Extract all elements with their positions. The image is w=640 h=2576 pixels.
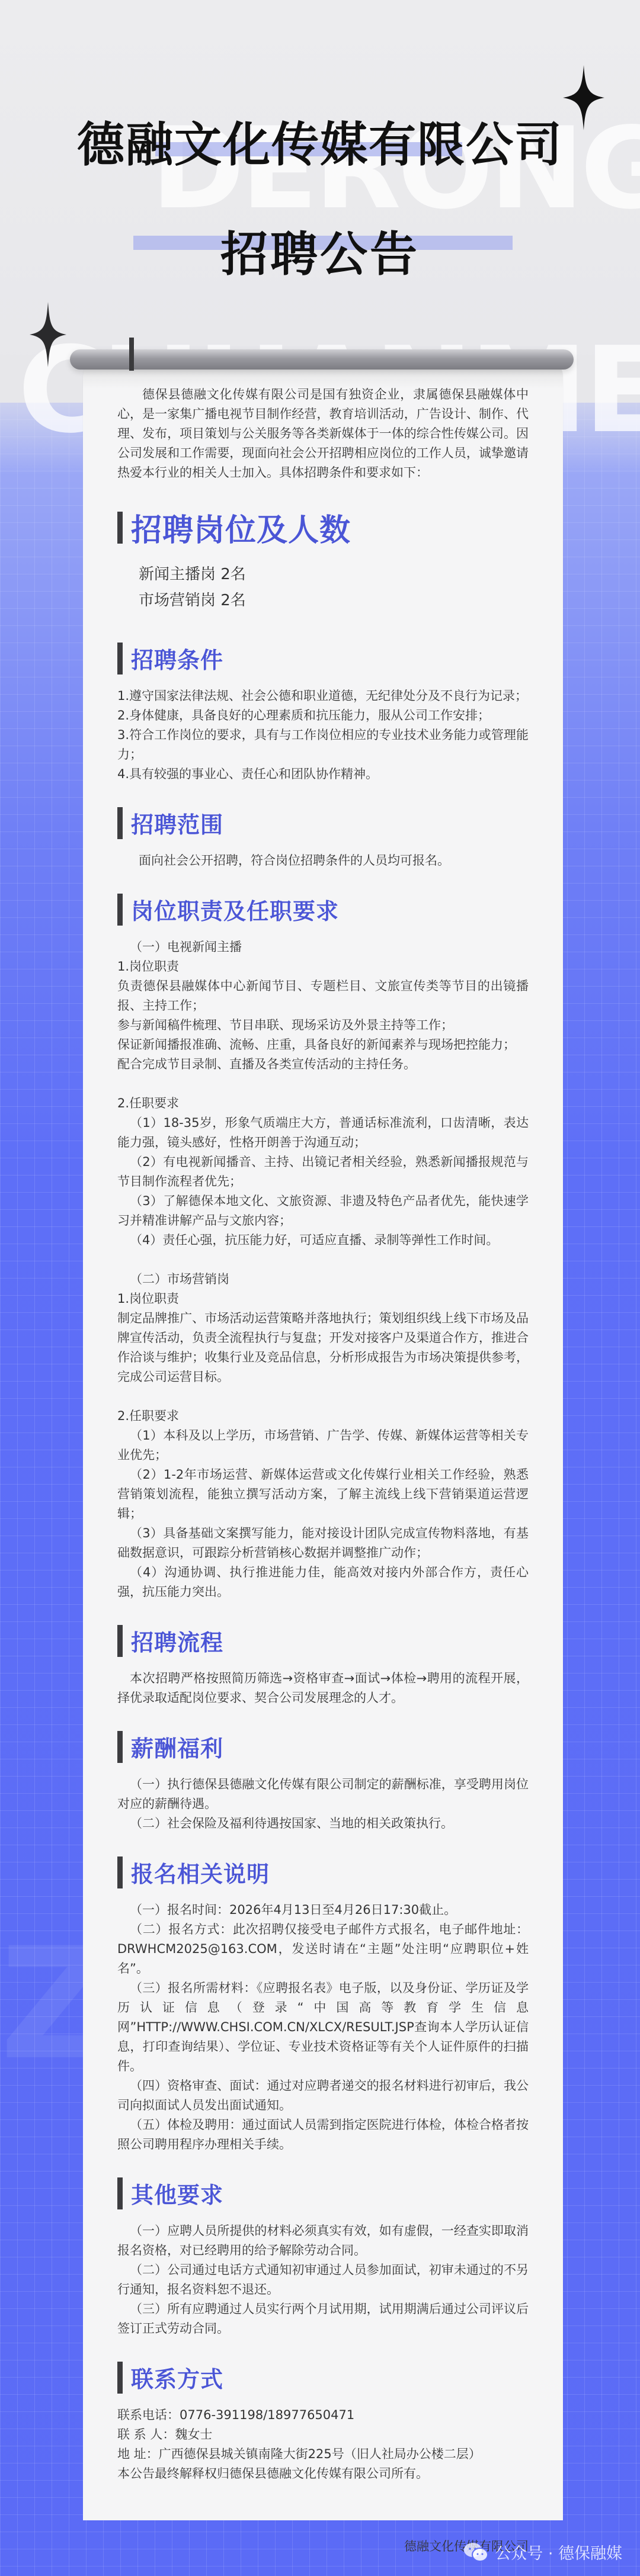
position-item: 新闻主播岗 2名	[139, 561, 529, 587]
sparkle-icon	[30, 302, 66, 367]
conditions-list: 1.遵守国家法律法规、社会公德和职业道德，无纪律处分及不良行为记录； 2.身体健…	[117, 686, 529, 784]
duty-text: 制定品牌推广、市场活动运营策略并落地执行；策划组织线上线下市场及品牌宣传活动，负…	[117, 1309, 529, 1387]
section-positions: 招聘岗位及人数	[117, 505, 529, 550]
registration-item: （二）报名方式：此次招聘仅接受电子邮件方式报名，电子邮件地址：DRWHCM202…	[117, 1920, 529, 1978]
section-title: 其他要求	[131, 2177, 223, 2209]
requirement-item: （1）本科及以上学历，市场营销、广告学、传媒、新媒体运营等相关专业优先；	[117, 1426, 529, 1465]
process-text: 本次招聘严格按照简历筛选→资格审查→面试→体检→聘用的流程开展，择优录取适配岗位…	[117, 1669, 529, 1708]
sparkle-icon	[563, 65, 604, 130]
section-process: 招聘流程	[117, 1624, 529, 1657]
duty-item: 负责德保县融媒体中心新闻节目、专题栏目、文旅宣传类等节目的出镜播报、主持工作；	[117, 977, 529, 1016]
duty-item: 配合完成节目录制、直播及各类宣传活动的主持任务。	[117, 1055, 529, 1074]
job-name: （二）市场营销岗	[117, 1270, 529, 1289]
benefit-item: （一）执行德保县德融文化传媒有限公司制定的薪酬标准，享受聘用岗位对应的薪酬待遇。	[117, 1775, 529, 1814]
requirement-item: （2）有电视新闻播音、主持、出镜记者相关经验，熟悉新闻播报规范与节目制作流程者优…	[117, 1152, 529, 1191]
registration-item: （三）报名所需材料：《应聘报名表》电子版，以及身份证、学历证及学历认证信息（登录…	[117, 1978, 529, 2076]
scope-text: 面向社会公开招聘，符合岗位招聘条件的人员均可报名。	[117, 851, 529, 871]
announcement-paper: 德保县德融文化传媒有限公司是国有独资企业，隶属德保县融媒体中心，是一家集广播电视…	[83, 359, 563, 2520]
wechat-icon	[463, 2542, 489, 2563]
contact-person: 联 系 人：魏女士	[117, 2425, 529, 2445]
contact-address: 地 址：广西德保县城关镇南隆大街225号（旧人社局办公楼二层）	[117, 2445, 529, 2464]
requirement-item: （1）18-35岁，形象气质端庄大方，普通话标准流利，口齿清晰，表达能力强，镜头…	[117, 1113, 529, 1152]
page-title: 德融文化传媒有限公司 招聘公告	[0, 83, 640, 284]
section-title: 招聘条件	[131, 642, 223, 674]
duty-item: 保证新闻播报准确、流畅、庄重，具备良好的新闻素养与现场把控能力；	[117, 1035, 529, 1055]
account-label: 公众号 · 德保融媒	[495, 2540, 622, 2564]
job-name: （一）电视新闻主播	[117, 937, 529, 957]
roller-marker	[129, 338, 134, 371]
duty-label: 1.岗位职责	[117, 1289, 529, 1309]
section-title: 岗位职责及任职要求	[131, 893, 339, 926]
section-bar	[117, 1731, 123, 1763]
wechat-account-tag: 公众号 · 德保融媒	[463, 2540, 622, 2564]
position-item: 市场营销岗 2名	[139, 587, 529, 614]
scroll-roller	[70, 349, 574, 370]
final-note: 本公告最终解释权归德保县德融文化传媒有限公司所有。	[117, 2464, 529, 2484]
requirement-item: （3）具备基础文案撰写能力，能对接设计团队完成宣传物料落地，有基础数据意识，可跟…	[117, 1524, 529, 1563]
section-title: 招聘流程	[131, 1624, 223, 1657]
condition-item: 1.遵守国家法律法规、社会公德和职业道德，无纪律处分及不良行为记录；	[117, 686, 529, 706]
section-other: 其他要求	[117, 2177, 529, 2209]
section-title: 薪酬福利	[131, 1730, 223, 1763]
duties-marketing: （二）市场营销岗 1.岗位职责 制定品牌推广、市场活动运营策略并落地执行；策划组…	[117, 1270, 529, 1602]
positions-list: 新闻主播岗 2名 市场营销岗 2名	[117, 561, 529, 614]
requirement-item: （2）1-2年市场运营、新媒体运营或文化传媒行业相关工作经验，熟悉营销策划流程，…	[117, 1465, 529, 1524]
section-bar	[117, 807, 123, 839]
intro-paragraph: 德保县德融文化传媒有限公司是国有独资企业，隶属德保县融媒体中心，是一家集广播电视…	[117, 385, 529, 483]
registration-item: （四）资格审查、面试：通过对应聘者递交的报名材料进行初审后，我公司向拟面试人员发…	[117, 2076, 529, 2115]
section-duties: 岗位职责及任职要求	[117, 893, 529, 926]
condition-item: 3.符合工作岗位的要求，具有与工作岗位相应的专业技术业务能力或管理能力；	[117, 725, 529, 765]
title-company: 德融文化传媒有限公司	[77, 107, 563, 175]
section-bar	[117, 2177, 123, 2209]
other-item: （二）公司通过电话方式通知初审通过人员参加面试，初审未通过的不另行通知，报名资料…	[117, 2260, 529, 2299]
registration-item: （五）体检及聘用：通过面试人员需到指定医院进行体检，体检合格者按照公司聘用程序办…	[117, 2115, 529, 2154]
section-conditions: 招聘条件	[117, 642, 529, 674]
section-bar	[117, 2362, 123, 2394]
duties-anchor: （一）电视新闻主播 1.岗位职责 负责德保县融媒体中心新闻节目、专题栏目、文旅宣…	[117, 937, 529, 1250]
section-bar	[117, 1856, 123, 1888]
section-title: 报名相关说明	[131, 1856, 270, 1888]
section-scope: 招聘范围	[117, 807, 529, 839]
section-registration: 报名相关说明	[117, 1856, 529, 1888]
section-title: 招聘岗位及人数	[131, 505, 351, 550]
requirement-label: 2.任职要求	[117, 1406, 529, 1426]
duty-label: 1.岗位职责	[117, 957, 529, 977]
section-title: 招聘范围	[131, 807, 223, 839]
benefit-item: （二）社会保险及福利待遇按国家、当地的相关政策执行。	[117, 1814, 529, 1833]
other-item: （三）所有应聘通过人员实行两个月试用期，试用期满后通过公司评议后签订正式劳动合同…	[117, 2299, 529, 2339]
requirement-item: （4）沟通协调、执行推进能力佳，能高效对接内外部合作方，责任心强，抗压能力突出。	[117, 1563, 529, 1602]
requirement-item: （3）了解德保本地文化、文旅资源、非遗及特色产品者优先，能快速学习并精准讲解产品…	[117, 1191, 529, 1231]
condition-item: 4.具有较强的事业心、责任心和团队协作精神。	[117, 765, 529, 784]
section-bar	[117, 643, 123, 674]
section-contact: 联系方式	[117, 2361, 529, 2394]
section-bar	[117, 512, 123, 544]
registration-item: （一）报名时间：2026年4月13日至4月26日17:30截止。	[117, 1900, 529, 1920]
section-bar	[117, 1625, 123, 1657]
condition-item: 2.身体健康，具备良好的心理素质和抗压能力，服从公司工作安排；	[117, 706, 529, 725]
contact-phone: 联系电话：0776-391198/18977650471	[117, 2405, 529, 2425]
title-announcement: 招聘公告	[220, 216, 420, 284]
requirement-item: （4）责任心强，抗压能力好，可适应直播、录制等弹性工作时间。	[117, 1231, 529, 1250]
section-benefits: 薪酬福利	[117, 1730, 529, 1763]
section-bar	[117, 894, 123, 926]
requirement-label: 2.任职要求	[117, 1094, 529, 1113]
other-item: （一）应聘人员所提供的材料必须真实有效，如有虚假，一经查实即取消报名资格，对已经…	[117, 2221, 529, 2260]
duty-item: 参与新闻稿件梳理、节目串联、现场采访及外景主持等工作；	[117, 1016, 529, 1035]
section-title: 联系方式	[131, 2361, 223, 2394]
